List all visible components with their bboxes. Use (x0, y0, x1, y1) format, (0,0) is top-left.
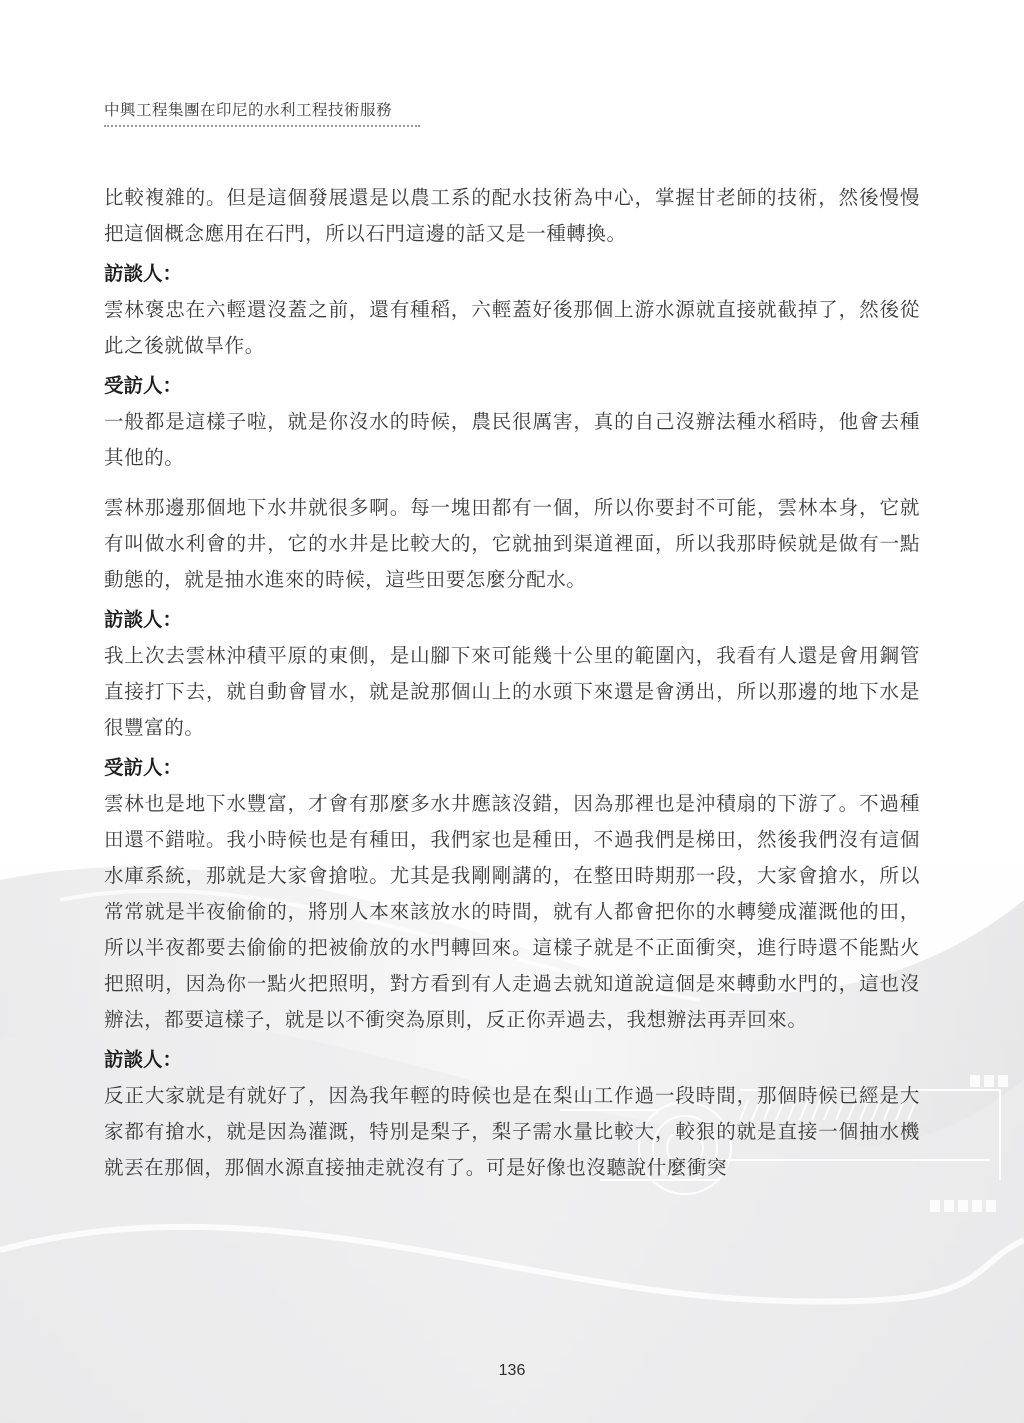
paragraph: 我上次去雲林沖積平原的東側，是山腳下來可能幾十公里的範圍內，我看有人還是會用鋼管… (104, 638, 920, 746)
paragraph: 反正大家就是有就好了，因為我年輕的時候也是在梨山工作過一段時間，那個時候已經是大… (104, 1078, 920, 1186)
speaker-label-interviewer: 訪談人： (104, 602, 920, 638)
speaker-label-interviewee: 受訪人： (104, 368, 920, 404)
paragraph: 比較複雜的。但是這個發展還是以農工系的配水技術為中心，掌握甘老師的技術，然後慢慢… (104, 180, 920, 252)
paragraph: 一般都是這樣子啦，就是你沒水的時候，農民很厲害，真的自己沒辦法種水稻時，他會去種… (104, 404, 920, 476)
header-dotted-rule (104, 125, 420, 127)
paragraph: 雲林那邊那個地下水井就很多啊。每一塊田都有一個，所以你要封不可能，雲林本身，它就… (104, 490, 920, 598)
page-number: 136 (0, 1362, 1024, 1380)
paragraph: 雲林也是地下水豐富，才會有那麼多水井應該沒錯，因為那裡也是沖積扇的下游了。不過種… (104, 786, 920, 1038)
paragraph-gap (104, 476, 920, 490)
speaker-label-interviewer: 訪談人： (104, 256, 920, 292)
paragraph: 雲林褒忠在六輕還沒蓋之前，還有種稻，六輕蓋好後那個上游水源就直接就截掉了，然後從… (104, 292, 920, 364)
interview-transcript: 比較複雜的。但是這個發展還是以農工系的配水技術為中心，掌握甘老師的技術，然後慢慢… (104, 180, 920, 1186)
running-header: 中興工程集團在印尼的水利工程技術服務 (104, 100, 420, 127)
running-title: 中興工程集團在印尼的水利工程技術服務 (104, 100, 420, 120)
speaker-label-interviewee: 受訪人： (104, 750, 920, 786)
speaker-label-interviewer: 訪談人： (104, 1042, 920, 1078)
